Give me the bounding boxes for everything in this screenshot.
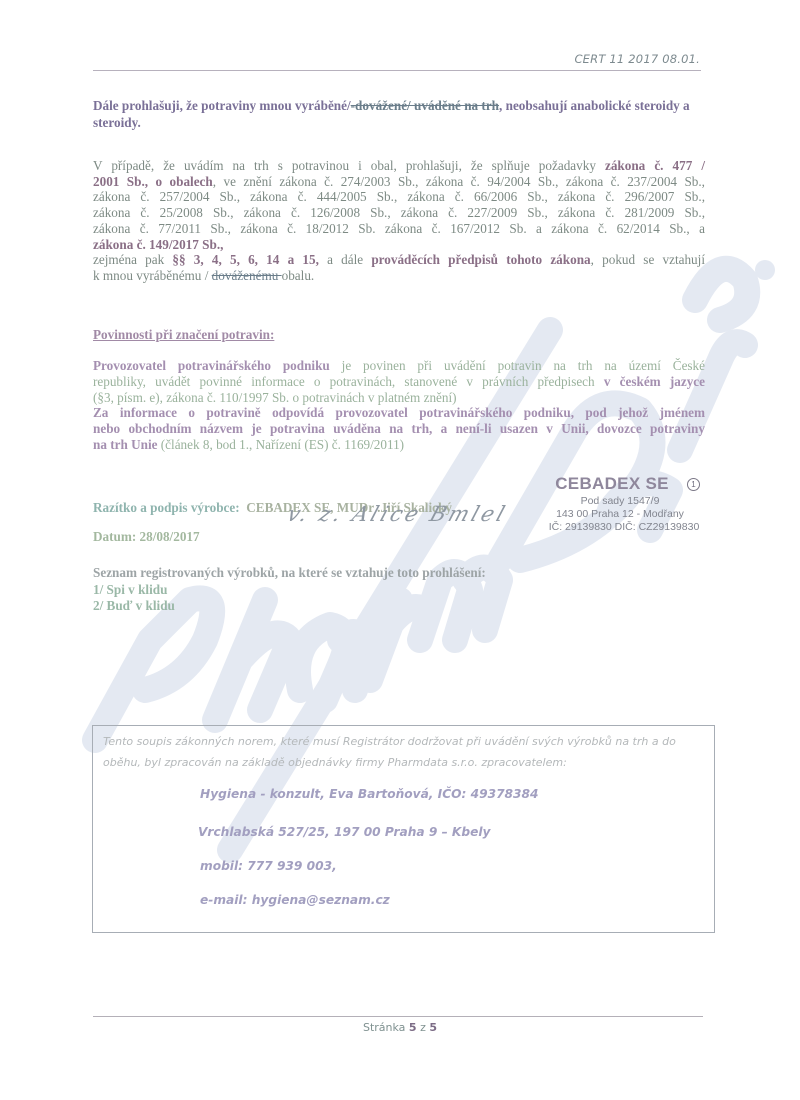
box-intro-text: Tento soupis zákonných norem, které musí… — [103, 731, 708, 773]
labeling-line: (§3, písm. e), zákona č. 110/1997 Sb. o … — [93, 390, 705, 406]
header-divider — [93, 70, 701, 71]
labeling-heading: Povinnosti při značení potravin: — [93, 327, 274, 343]
packaging-text: obalu. — [282, 268, 315, 283]
page-total: 5 — [429, 1021, 437, 1034]
packaging-law-ref: 2001 Sb., o obalech — [93, 174, 213, 189]
processor-address: Vrchlabská 527/25, 197 00 Praha 9 – Kbel… — [198, 825, 490, 839]
certificate-code: CERT 11 2017 08.01. — [574, 52, 700, 66]
processor-email: e-mail: hygiena@seznam.cz — [200, 893, 390, 907]
labeling-bold: na trh Unie — [93, 437, 157, 452]
packaging-text: , ve znění zákona č. 274/2003 Sb., zákon… — [213, 174, 705, 189]
labeling-line: Za informace o potravině odpovídá provoz… — [93, 405, 705, 421]
processor-company: Hygiena - konzult, Eva Bartoňová, IČO: 4… — [200, 787, 538, 801]
stamp-city: 143 00 Praha 12 - Modřany — [530, 508, 710, 521]
date-label: Datum: 28/08/2017 — [93, 529, 200, 545]
labeling-text: (článek 8, bod 1., Nařízení (ES) č. 1169… — [157, 437, 404, 452]
page-separator: z — [417, 1021, 430, 1034]
packaging-text: zejména pak — [93, 252, 172, 267]
registered-products: Seznam registrovaných výrobků, na které … — [93, 565, 486, 615]
handwritten-signature: v. z. Alice Bmlel — [284, 502, 511, 526]
stamp-street: Pod sady 1547/9 — [530, 495, 710, 508]
packaging-law-ref: zákona č. 149/2017 Sb., — [93, 237, 223, 252]
stamp-company: CEBADEX SE — [522, 474, 702, 494]
labeling-line: na trh Unie (článek 8, bod 1., Nařízení … — [93, 437, 705, 453]
packaging-line: zákona č. 149/2017 Sb., — [93, 237, 705, 253]
page-current: 5 — [409, 1021, 417, 1034]
packaging-line: zákona č. 257/2004 Sb., zákona č. 444/20… — [93, 189, 705, 205]
labeling-text: je povinen při uvádění potravin na trh n… — [330, 358, 705, 373]
stamp-number-icon: 1 — [687, 478, 700, 491]
labeling-text: republiky, uvádět povinné informace o po… — [93, 374, 604, 389]
labeling-bold: Provozovatel potravinářského podniku — [93, 358, 330, 373]
declaration-text: Dále prohlašuji, že potraviny mnou vyráb… — [93, 98, 351, 113]
processor-mobile: mobil: 777 939 003, — [200, 859, 337, 873]
packaging-line: zákona č. 25/2008 Sb., zákona č. 126/200… — [93, 205, 705, 221]
packaging-line: zákona č. 77/2011 Sb., zákona č. 18/2012… — [93, 221, 705, 237]
labeling-obligations: Provozovatel potravinářského podniku je … — [93, 358, 705, 453]
packaging-struck-text: dováženému — [212, 268, 282, 283]
product-item: 2/ Buď v klidu — [93, 598, 486, 615]
packaging-text: V případě, že uvádím na trh s potravinou… — [93, 158, 605, 173]
packaging-law-ref: zákona č. 477 / — [605, 158, 705, 173]
packaging-text: zákona č. 77/2011 Sb., zákona č. 18/2012… — [93, 221, 705, 236]
packaging-line: zejména pak §§ 3, 4, 5, 6, 14 a 15, a dá… — [93, 252, 705, 268]
processor-info-box: Tento soupis zákonných norem, které musí… — [92, 725, 715, 933]
declaration-struck-text: -dovážené/ uváděné na trh — [351, 98, 499, 113]
packaging-text: a dále — [319, 252, 371, 267]
product-item: 1/ Spi v klidu — [93, 582, 486, 599]
labeling-line: nebo obchodním názvem je potravina uvádě… — [93, 421, 705, 437]
labeling-line: Provozovatel potravinářského podniku je … — [93, 358, 705, 374]
packaging-line: 2001 Sb., o obalech, ve znění zákona č. … — [93, 174, 705, 190]
labeling-bold: v českém jazyce — [604, 374, 705, 389]
packaging-text: , pokud se vztahují — [591, 252, 705, 267]
stamp-ids: IČ: 29139830 DIČ: CZ29139830 — [534, 521, 714, 534]
company-stamp: CEBADEX SE 1 Pod sady 1547/9 143 00 Prah… — [530, 474, 710, 534]
packaging-line: k mnou vyráběnému / dováženému obalu. — [93, 268, 705, 284]
packaging-line: V případě, že uvádím na trh s potravinou… — [93, 158, 705, 174]
labeling-line: republiky, uvádět povinné informace o po… — [93, 374, 705, 390]
footer-divider — [93, 1016, 703, 1017]
signature-label-text: Razítko a podpis výrobce: — [93, 500, 240, 515]
packaging-regulations: prováděcích předpisů tohoto zákona — [371, 252, 590, 267]
packaging-declaration: V případě, že uvádím na trh s potravinou… — [93, 158, 705, 284]
packaging-sections: §§ 3, 4, 5, 6, 14 a 15, — [172, 252, 318, 267]
products-heading: Seznam registrovaných výrobků, na které … — [93, 565, 486, 582]
packaging-text: k mnou vyráběnému / — [93, 268, 212, 283]
page-number: Stránka 5 z 5 — [0, 1021, 800, 1034]
steroids-declaration: Dále prohlašuji, že potraviny mnou vyráb… — [93, 97, 705, 131]
page-label: Stránka — [363, 1021, 409, 1034]
